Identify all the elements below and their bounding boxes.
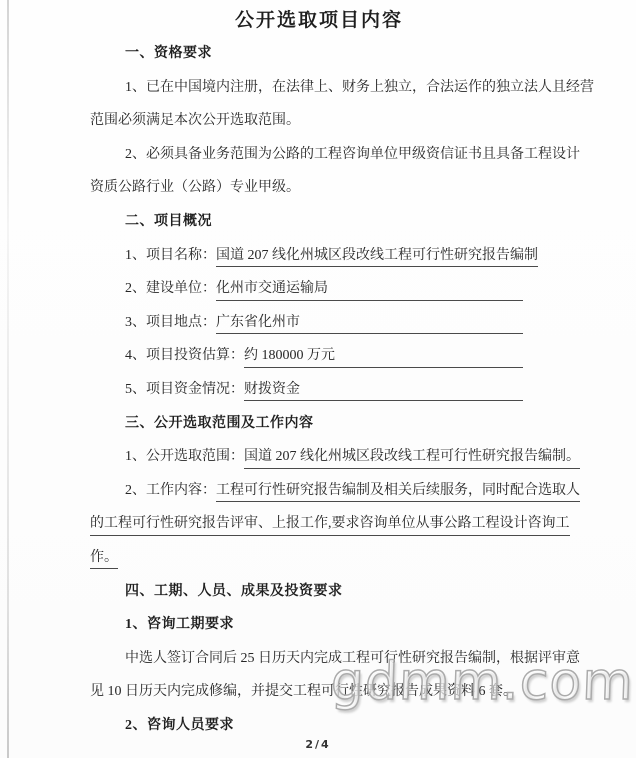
section-2-heading: 二、项目概况 bbox=[90, 211, 548, 245]
field-value-underlined: 工程可行性研究报告编制及相关后续服务，同时配合选取人 bbox=[216, 480, 580, 503]
underlined-text: 作。 bbox=[90, 547, 118, 570]
field-row-funding-situation: 5、项目资金情况： 财拨资金 bbox=[90, 379, 548, 413]
field-value-underlined: 国道 207 线化州城区段改线工程可行性研究报告编制 bbox=[216, 245, 538, 268]
section-1-item-2-line-2: 资质公路行业（公路）专业甲级。 bbox=[90, 177, 548, 211]
consulting-period-line-1: 中选人签订合同后 25 日历天内完成工程可行性研究报告编制，根据评审意 bbox=[90, 648, 548, 682]
page-number: 2/4 bbox=[0, 738, 636, 751]
field-label: 5、项目资金情况： bbox=[125, 379, 244, 400]
field-row-investment-estimate: 4、项目投资估算： 约 180000 万元 bbox=[90, 345, 548, 379]
section-1-heading: 一、资格要求 bbox=[90, 43, 548, 77]
work-content-continuation-1: 的工程可行性研究报告评审、上报工作,要求咨询单位从事公路工程设计咨询工 bbox=[90, 513, 548, 547]
field-value-underlined: 广东省化州市 bbox=[216, 312, 523, 335]
section-1-item-2-line-1: 2、必须具备业务范围为公路的工程咨询单位甲级资信证书且具备工程设计 bbox=[90, 144, 548, 178]
work-content-continuation-2: 作。 bbox=[90, 547, 548, 581]
field-label: 2、建设单位： bbox=[125, 278, 216, 299]
field-value-underlined: 财拨资金 bbox=[244, 379, 523, 402]
field-row-project-location: 3、项目地点： 广东省化州市 bbox=[90, 312, 548, 346]
underlined-text: 的工程可行性研究报告评审、上报工作,要求咨询单位从事公路工程设计咨询工 bbox=[90, 513, 570, 536]
scanned-document-page: 公开选取项目内容 一、资格要求 1、已在中国境内注册，在法律上、财务上独立，合法… bbox=[0, 0, 636, 758]
work-content-row: 2、工作内容： 工程可行性研究报告编制及相关后续服务，同时配合选取人 bbox=[90, 480, 548, 514]
section-4-heading: 四、工期、人员、成果及投资要求 bbox=[90, 581, 548, 615]
field-row-construction-unit: 2、建设单位： 化州市交通运输局 bbox=[90, 278, 548, 312]
field-value-underlined: 约 180000 万元 bbox=[244, 345, 523, 368]
field-value-underlined: 国道 207 线化州城区段改线工程可行性研究报告编制。 bbox=[244, 446, 580, 469]
section-1-item-1-line-1: 1、已在中国境内注册，在法律上、财务上独立，合法运作的独立法人且经营 bbox=[90, 77, 548, 111]
field-label: 4、项目投资估算： bbox=[125, 345, 244, 366]
selection-scope-row: 1、公开选取范围： 国道 207 线化州城区段改线工程可行性研究报告编制。 bbox=[90, 446, 548, 480]
section-1-item-1-line-2: 范围必须满足本次公开选取范围。 bbox=[90, 110, 548, 144]
field-row-project-name: 1、项目名称： 国道 207 线化州城区段改线工程可行性研究报告编制 bbox=[90, 245, 548, 279]
scan-edge-artifact bbox=[7, 0, 9, 758]
field-label: 1、项目名称： bbox=[125, 245, 216, 266]
section-3-heading: 三、公开选取范围及工作内容 bbox=[90, 413, 548, 447]
field-label: 1、公开选取范围： bbox=[125, 446, 244, 467]
field-label: 3、项目地点： bbox=[125, 312, 216, 333]
page-title: 公开选取项目内容 bbox=[90, 8, 548, 34]
document-content: 公开选取项目内容 一、资格要求 1、已在中国境内注册，在法律上、财务上独立，合法… bbox=[90, 8, 548, 748]
consulting-period-line-2: 见 10 日历天内完成修编，并提交工程可行性研究报告成果资料 6 套。 bbox=[90, 681, 548, 715]
section-4-sub-1-heading: 1、咨询工期要求 bbox=[90, 614, 548, 648]
field-label: 2、工作内容： bbox=[125, 480, 216, 501]
field-value-underlined: 化州市交通运输局 bbox=[216, 278, 523, 301]
